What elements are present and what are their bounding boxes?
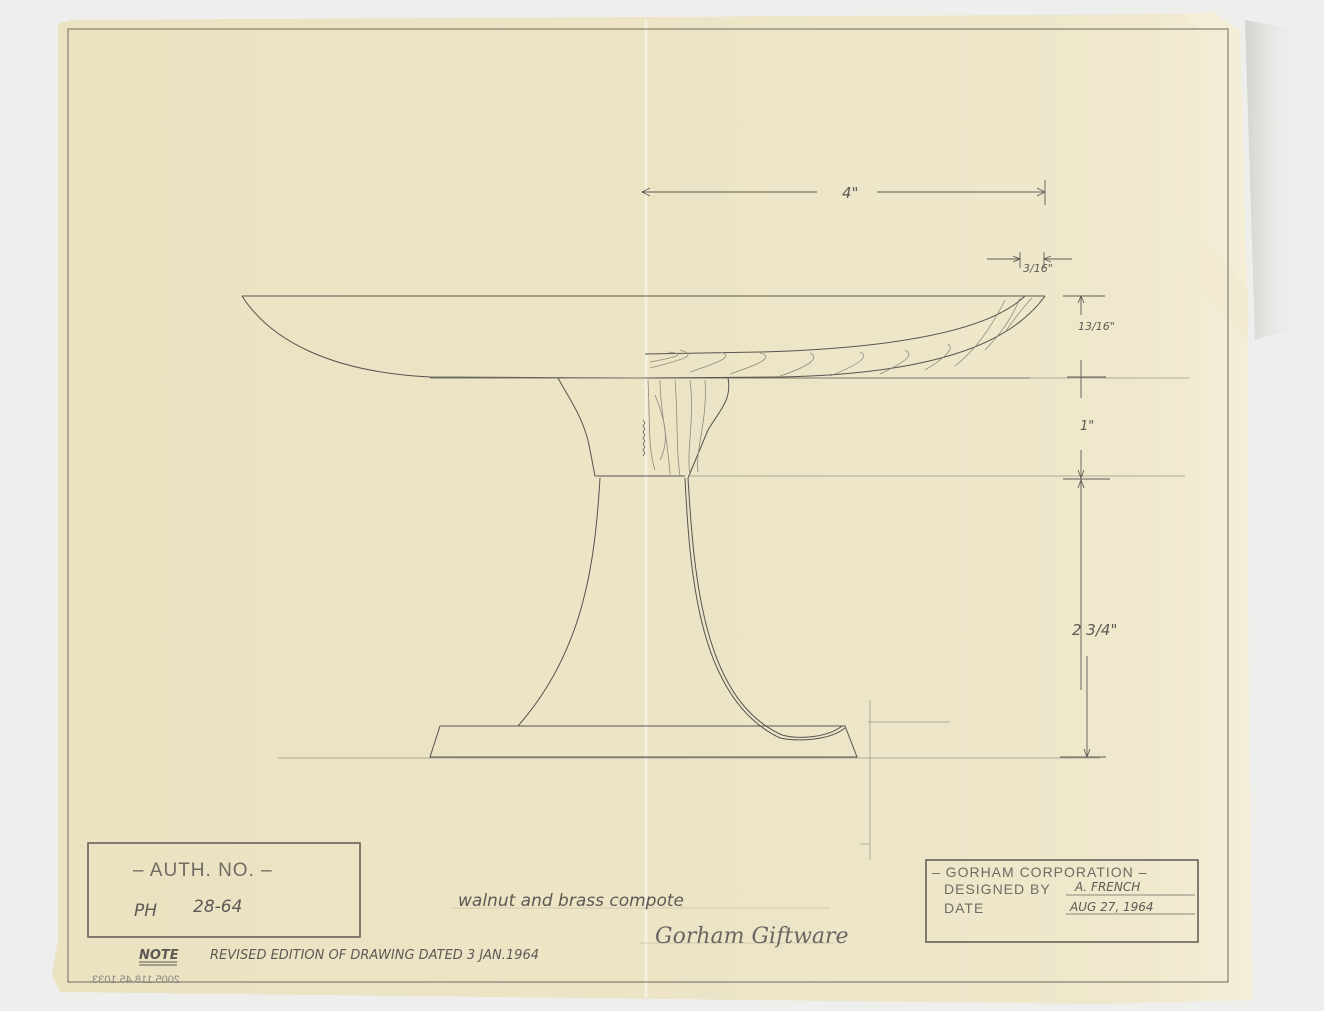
designed-by-value: A. FRENCH bbox=[1074, 880, 1140, 894]
dim-width-label: 4" bbox=[842, 184, 858, 202]
auth-number: 28-64 bbox=[193, 897, 242, 917]
auth-title: – AUTH. NO. – bbox=[133, 860, 273, 881]
auth-prefix: PH bbox=[134, 901, 157, 921]
caption-signature: Gorham Giftware bbox=[655, 924, 849, 949]
note-label: NOTE bbox=[139, 948, 179, 963]
note-text: REVISED EDITION OF DRAWING DATED 3 JAN.1… bbox=[210, 948, 539, 963]
dim-bowl-label: 13/16" bbox=[1078, 320, 1115, 333]
dim-collar-label: 1" bbox=[1080, 419, 1094, 434]
paper bbox=[52, 14, 1252, 1004]
drawing-sheet: 4" 3/16" 13/16" 1" 2 3/4" – AUTH. NO. – … bbox=[0, 0, 1324, 1011]
caption-description: walnut and brass compote bbox=[458, 891, 684, 911]
designed-by-label: DESIGNED BY bbox=[944, 881, 1051, 897]
date-value: AUG 27, 1964 bbox=[1069, 900, 1154, 914]
date-label: DATE bbox=[944, 900, 984, 916]
dim-base-label: 2 3/4" bbox=[1072, 621, 1117, 639]
title-company: – GORHAM CORPORATION – bbox=[932, 864, 1147, 880]
paper-shadow bbox=[1245, 20, 1300, 340]
accession-number-mirrored: 2005.118.45.1033 bbox=[92, 974, 180, 986]
dim-rim-label: 3/16" bbox=[1023, 262, 1053, 275]
